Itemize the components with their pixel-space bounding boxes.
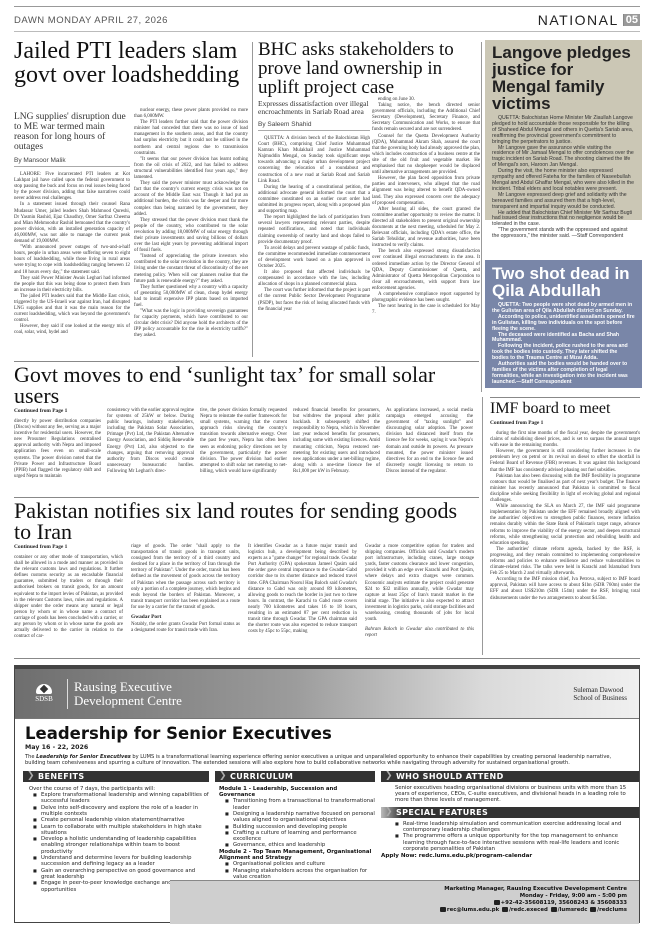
continued-label: Continued from Page 1 [14,544,123,550]
chevron-right-icon: ❯ [27,771,35,781]
contact-phone-row: +92-42-35608119, 35608243 & 35608333 [170,900,627,907]
chevron-right-icon: ❯ [385,807,393,817]
paragraph: Following the incident, police rushed to… [492,344,635,362]
contact-box: Marketing Manager, Rausing Executive Dev… [170,880,639,924]
list-item: The programme offers a unique opportunit… [393,833,631,852]
paragraph: They stressed that the power division mu… [134,218,248,255]
column-rule [481,42,482,392]
paragraph: He added that Balochistan Chief Minister… [492,211,635,229]
story-bhc-col2: ending on June 30. Taking notice, the be… [372,97,480,316]
paragraph: The report highlighted the lack of parti… [258,215,370,245]
paragraph: Mr Langove expressed deep grief and soli… [492,193,635,211]
paragraph: "The government stands with the oppresse… [492,228,635,240]
section-divider [14,658,640,659]
paragraph: The court was further informed that the … [258,288,370,312]
who-header: ❯WHO SHOULD ATTEND [381,771,639,782]
headline-imf[interactable]: IMF board to meet [490,400,640,417]
list-item: Understand and determine levers for buil… [31,855,209,868]
headline-solar[interactable]: Govt moves to end ‘sunlight tax’ for sma… [14,364,474,406]
divider [67,679,68,709]
headline-langove[interactable]: Langove pledges justice for Mengal famil… [492,44,635,112]
intro-emphasis: Leadership for Senior Executives [36,754,131,760]
list-item: Delve into self-discovery and explore th… [31,805,209,818]
body-bhc-col2: ending on June 30. Taking notice, the be… [372,97,480,316]
module-2-title: Module 2 - Top Team Management, Organisa… [215,849,375,862]
body-pti-col2: nuclear energy, these power plants provi… [134,108,248,340]
sidebox-qila-abdullah: Two shot dead in Qila Abdullah QUETTA: T… [485,260,642,388]
paragraph: They further questioned why a country wi… [134,285,248,309]
continued-label: Continued from Page 1 [490,420,640,426]
centre-line: Development Centre [74,694,182,708]
list-item: Real-time leadership simulation and comm… [393,821,631,834]
advertisement-lums[interactable]: SDSB Rausing Executive Development Centr… [14,665,640,923]
body-bhc-col1: QUETTA: A division bench of the Balochis… [258,136,370,313]
story-pti-col2: nuclear energy, these power plants provi… [134,108,248,340]
page-number: 05 [623,14,640,26]
sdsb-emblem-icon [36,684,52,694]
features-list: Real-time leadership simulation and comm… [381,818,639,852]
column-text: consistency with the earlier approval re… [107,408,194,480]
paragraph: In a statement issued through their coun… [14,202,130,245]
paragraph: To avoid delays and prevent wastage of p… [258,246,370,270]
list-item: Learn to collaborate with multiple stake… [31,824,209,837]
headline-iran[interactable]: Pakistan notifies six land routes for se… [14,500,474,542]
paragraph: The authorities' climate reform agenda, … [490,547,640,577]
paragraph: A comprehensive compliance report suppor… [372,292,480,304]
module-1-list: Transitioning from a transactional to tr… [215,798,375,848]
paragraph: "It seems that our power division has le… [134,157,248,181]
school-line: Suleman Dawood [573,686,627,694]
paragraph: Counsel for the Quetta Development Autho… [372,134,480,177]
body-pti-col1: LAHORE: Five incarcerated PTI leaders at… [14,172,130,337]
story-pti-col1: LNG supplies' disruption due to ME war t… [14,112,130,337]
iran-col: Gwadar a more competitive option for tra… [365,544,474,640]
paragraph: After hearing all sides, the court grant… [372,207,480,250]
deck-bhc: Expresses dissatisfaction over illegal e… [258,100,370,116]
paragraph: However, the plan faced opposition from … [372,176,480,206]
chevron-right-icon: ❯ [385,771,393,781]
story-solar: Govt moves to end ‘sunlight tax’ for sma… [14,364,474,406]
credit-line: Bahram Baloch in Gwadar also contributed… [365,627,474,639]
paragraph: Mr Langove gave the assurance while visi… [492,146,635,170]
subhead-gwadar: Gwadar Port [131,614,240,620]
story-pti: Jailed PTI leaders slam govt over loadsh… [14,40,244,87]
section-label: SPECIAL FEATURES [396,808,488,817]
column-text: directly by power distribution companies… [14,419,101,480]
paragraph: Taking notice, the bench directed senior… [372,103,480,133]
linkedin-icon [551,907,557,912]
headline-pti[interactable]: Jailed PTI leaders slam govt over loadsh… [14,40,244,87]
section-label: WHO SHOULD ATTEND [396,772,504,781]
ad-body: ❯BENEFITS Over the course of 7 days, the… [15,771,639,893]
centre-line: Rausing Executive [74,680,182,694]
story-bhc-col1: Expresses dissatisfaction over illegal e… [258,100,370,313]
benefits-list: Explore transformational leadership and … [23,792,209,893]
paragraph: QUETTA: A division bench of the Balochis… [258,136,370,185]
contact-social-row: rec@lums.edu.pk /redc.execed /lumsredc /… [170,907,627,914]
byline-bhc: By Saleem Shahid [258,121,370,131]
continued-label: Continued from Page 1 [14,408,101,414]
paragraph: They said the power minister must acknow… [134,181,248,218]
solar-col: Continued from Page 1 directly by power … [14,408,101,480]
list-item: Explore transformational leadership and … [31,792,209,805]
column-text: tive, the power division formally reques… [200,408,287,480]
paragraph: During the hearing of a constitutional p… [258,185,370,215]
phone-icon [494,900,500,905]
benefits-section: ❯BENEFITS Over the course of 7 days, the… [23,771,209,893]
facebook-icon [502,907,508,912]
centre-name: Rausing Executive Development Centre [74,680,182,708]
story-iran: Pakistan notifies six land routes for se… [14,500,474,542]
school-line: School of Business [573,694,627,702]
paragraph: "With announced power outages of two-and… [14,245,130,275]
section-label: CURRICULUM [230,772,293,781]
curriculum-header: ❯CURRICULUM [215,771,375,782]
paragraph: Authorities said the bodies would be han… [492,362,635,386]
body-qila: QUETTA: Two people were shot dead by arm… [492,303,635,386]
byline-pti: By Mansoor Malik [14,157,130,167]
ad-dates: May 16 - 22, 2026 [15,743,639,752]
section-label: BENEFITS [38,772,85,781]
ad-intro: The Leadership for Senior Executives by … [15,752,639,769]
newspaper-page: DAWN MONDAY APRIL 27, 2026 NATIONAL 05 [14,6,640,32]
story-bhc: BHC asks stakeholders to prove land owne… [258,40,480,97]
features-header: ❯SPECIAL FEATURES [381,807,639,818]
list-item: Governance, ethics and leadership [223,842,375,848]
paragraph: nuclear energy, these power plants provi… [134,108,248,120]
paragraph: It also proposed that affected individua… [258,270,370,288]
benefits-lead: Over the course of 7 days, the participa… [23,782,209,792]
column-rule [252,42,253,357]
list-item: Crafting a culture of learning and perfo… [223,830,375,843]
module-1-title: Module 1 - Leadership, Succession and Go… [215,782,375,799]
paragraph: LAHORE: Five incarcerated PTI leaders at… [14,172,130,202]
column-text: It identifies Gwadar as a future major t… [248,544,357,640]
contact-hours: Monday - Friday, 9:00 am - 5:00 pm [170,893,627,900]
paragraph: "What was the logic in providing soverei… [134,309,248,339]
column-text: container or any other mode of transport… [14,555,123,640]
section-name: NATIONAL [538,12,619,28]
email-icon [440,907,446,912]
column-rule [482,397,483,655]
list-item: Managing stakeholders across the organis… [223,868,375,881]
paragraph: However, they said if one looked at the … [14,324,130,336]
paragraph: However, the government is still conside… [490,449,640,473]
ad-title: Leadership for Senior Executives [15,719,639,743]
story-iran-columns: Continued from Page 1 container or any o… [14,544,474,640]
story-imf: IMF board to meet Continued from Page 1 … [490,400,640,602]
x-icon [590,907,596,912]
column-text: Gwadar a more competitive option for tra… [365,544,474,623]
intro-text: The [25,754,36,760]
paragraph: QUETTA: Balochistan Home Minister Mir Zi… [492,116,635,146]
list-item: Transitioning from a transactional to tr… [223,798,375,811]
logo-text: SDSB [35,695,53,703]
list-item: Designing a leadership narrative focused… [223,811,375,824]
linkedin-link[interactable]: /lumsredc [558,907,588,913]
paragraph: "Instead of appreciating the private inv… [134,254,248,284]
body-imf: during the first nine months of the fisc… [490,431,640,602]
column-text: As applications increased, a social medi… [386,408,473,480]
right-section: ❯WHO SHOULD ATTEND Senior executives hea… [381,771,639,893]
paragraph: The PTI leaders further said that the po… [134,120,248,157]
paragraph: According to the IMF mission chief, Iva … [490,577,640,601]
sdsb-logo: SDSB [27,684,61,703]
paragraph: During the visit, the home minister also… [492,169,635,193]
phone-number[interactable]: +92-42-35608119, 35608243 & 35608333 [501,900,627,906]
curriculum-section: ❯CURRICULUM Module 1 - Leadership, Succe… [215,771,375,893]
ad-header: SDSB Rausing Executive Development Centr… [15,669,639,719]
school-name: Suleman Dawood School of Business [573,686,627,702]
column-text: riage of goods. The order "shall apply t… [131,544,240,611]
deck-pti: LNG supplies' disruption due to ME war t… [14,112,130,152]
paragraph: The next hearing in the case is schedule… [372,304,480,316]
sidebox-langove: Langove pledges justice for Mengal famil… [485,40,642,220]
who-text: Senior executives heading organisational… [381,782,639,807]
paragraph: While announcing the SLA on March 27, th… [490,504,640,547]
list-item: Develop a holistic understanding of lead… [31,836,209,855]
iran-col: riage of goods. The order "shall apply t… [131,544,240,640]
list-item: Gain an overarching perspective on good … [31,868,209,881]
chevron-right-icon: ❯ [219,771,227,781]
paragraph: The bench also expressed strong dissatis… [372,249,480,292]
paragraph: The jailed PTI leaders said that the Mid… [14,294,130,324]
paper-date: DAWN MONDAY APRIL 27, 2026 [14,15,168,26]
x-link[interactable]: /redclums [597,907,627,913]
body-langove: QUETTA: Balochistan Home Minister Mir Zi… [492,116,635,240]
column-text: Notably, the order grants Gwadar Port fo… [131,622,240,634]
story-solar-columns: Continued from Page 1 directly by power … [14,408,474,480]
paragraph: Pakistan has also been discussing with t… [490,474,640,504]
column-text: reduced financial benefits for prosumers… [293,408,380,480]
facebook-link[interactable]: /redc.execed [509,907,548,913]
section-header: NATIONAL 05 [538,12,640,28]
masthead: DAWN MONDAY APRIL 27, 2026 NATIONAL 05 [14,6,640,32]
module-2-list: Organisational policies and culture Mana… [215,861,375,880]
paragraph: According to police, unidentified assail… [492,315,635,333]
headline-bhc[interactable]: BHC asks stakeholders to prove land owne… [258,40,480,97]
paragraph: They said Power Minister Awais Leghari h… [14,276,130,294]
email-link[interactable]: rec@lums.edu.pk [447,907,499,913]
headline-qila[interactable]: Two shot dead in Qila Abdullah [492,265,635,299]
section-divider [490,397,640,398]
contact-title: Marketing Manager, Rausing Executive Dev… [170,886,627,893]
benefits-header: ❯BENEFITS [23,771,209,782]
apply-link[interactable]: Apply Now: redc.lums.edu.pk/program-cale… [381,853,639,859]
paragraph: during the first nine months of the fisc… [490,431,640,449]
iran-col: Continued from Page 1 container or any o… [14,544,123,640]
